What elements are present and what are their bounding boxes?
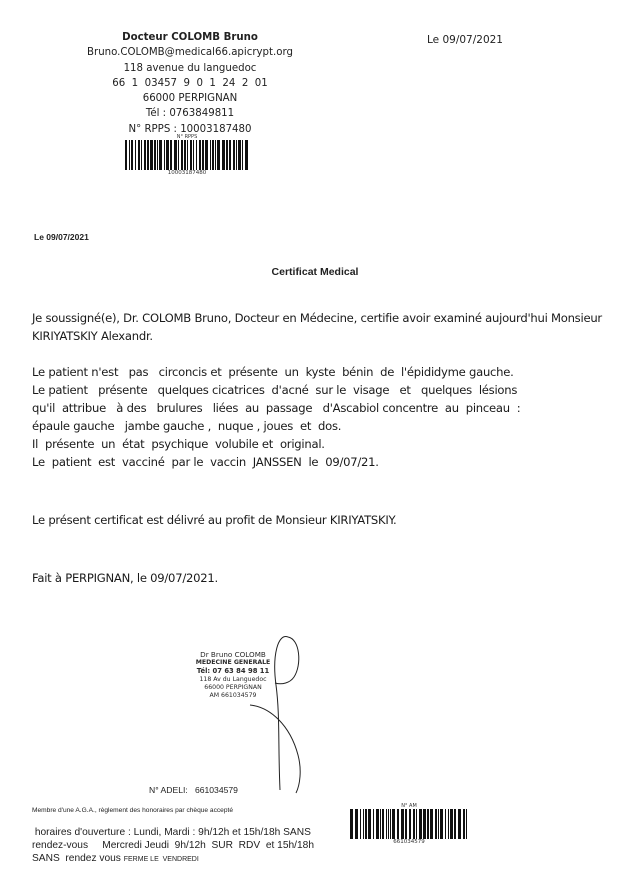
finding-line: épaule gauche jambe gauche , nuque , jou… — [32, 417, 602, 435]
barcode-icon — [345, 809, 473, 839]
doctor-city: 66000 PERPIGNAN — [80, 91, 300, 106]
adeli-number: N° ADELI: 661034579 — [149, 785, 238, 795]
hours-line: SANS rendez vous — [32, 853, 124, 864]
rpps-barcode-number: 10003187480 — [118, 170, 256, 177]
doctor-address: 118 avenue du languedoc — [80, 61, 300, 76]
closed-day: FERME LE VENDREDI — [124, 856, 199, 863]
intro-paragraph: Je soussigné(e), Dr. COLOMB Bruno, Docte… — [32, 309, 602, 345]
doctor-phone: Tél : 0763849811 — [80, 106, 300, 121]
finess-number: 66 1 03457 9 0 1 24 2 01 — [80, 76, 300, 91]
finding-line: Le patient présente quelques cicatrices … — [32, 381, 602, 399]
document-title: Certificat Medical — [0, 266, 625, 278]
doctor-name: Docteur COLOMB Bruno — [80, 30, 300, 45]
hours-line: horaires d'ouverture : Lundi, Mardi : 9h… — [32, 826, 337, 839]
header-date: Le 09/07/2021 — [427, 34, 503, 46]
hours-line: rendez-vous Mercredi Jeudi 9h/12h SUR RD… — [32, 839, 337, 852]
delivery-statement: Le présent certificat est délivré au pro… — [32, 511, 396, 529]
finding-line: Le patient n'est pas circoncis et présen… — [32, 363, 602, 381]
doctor-email: Bruno.COLOMB@medical66.apicrypt.org — [80, 45, 300, 60]
finding-line: Le patient est vacciné par le vaccin JAN… — [32, 453, 602, 471]
am-barcode-number: 661034579 — [345, 839, 473, 846]
document-date: Le 09/07/2021 — [34, 232, 89, 242]
aga-membership: Membre d'une A.G.A., règlement des honor… — [32, 807, 233, 814]
barcode-icon — [118, 140, 256, 170]
doctor-letterhead: Docteur COLOMB Bruno Bruno.COLOMB@medica… — [80, 30, 300, 137]
signed-at-line: Fait à PERPIGNAN, le 09/07/2021. — [32, 569, 218, 587]
signature-icon — [220, 625, 330, 795]
opening-hours: horaires d'ouverture : Lundi, Mardi : 9h… — [32, 826, 337, 866]
finding-line: qu'il attribue à des brulures liées au p… — [32, 399, 602, 417]
finding-line: Il présente un état psychique volubile e… — [32, 435, 602, 453]
findings-paragraph: Le patient n'est pas circoncis et présen… — [32, 363, 602, 471]
am-barcode: N° AM 661034579 — [345, 803, 473, 846]
rpps-barcode: N° RPPS 10003187480 — [118, 134, 256, 177]
